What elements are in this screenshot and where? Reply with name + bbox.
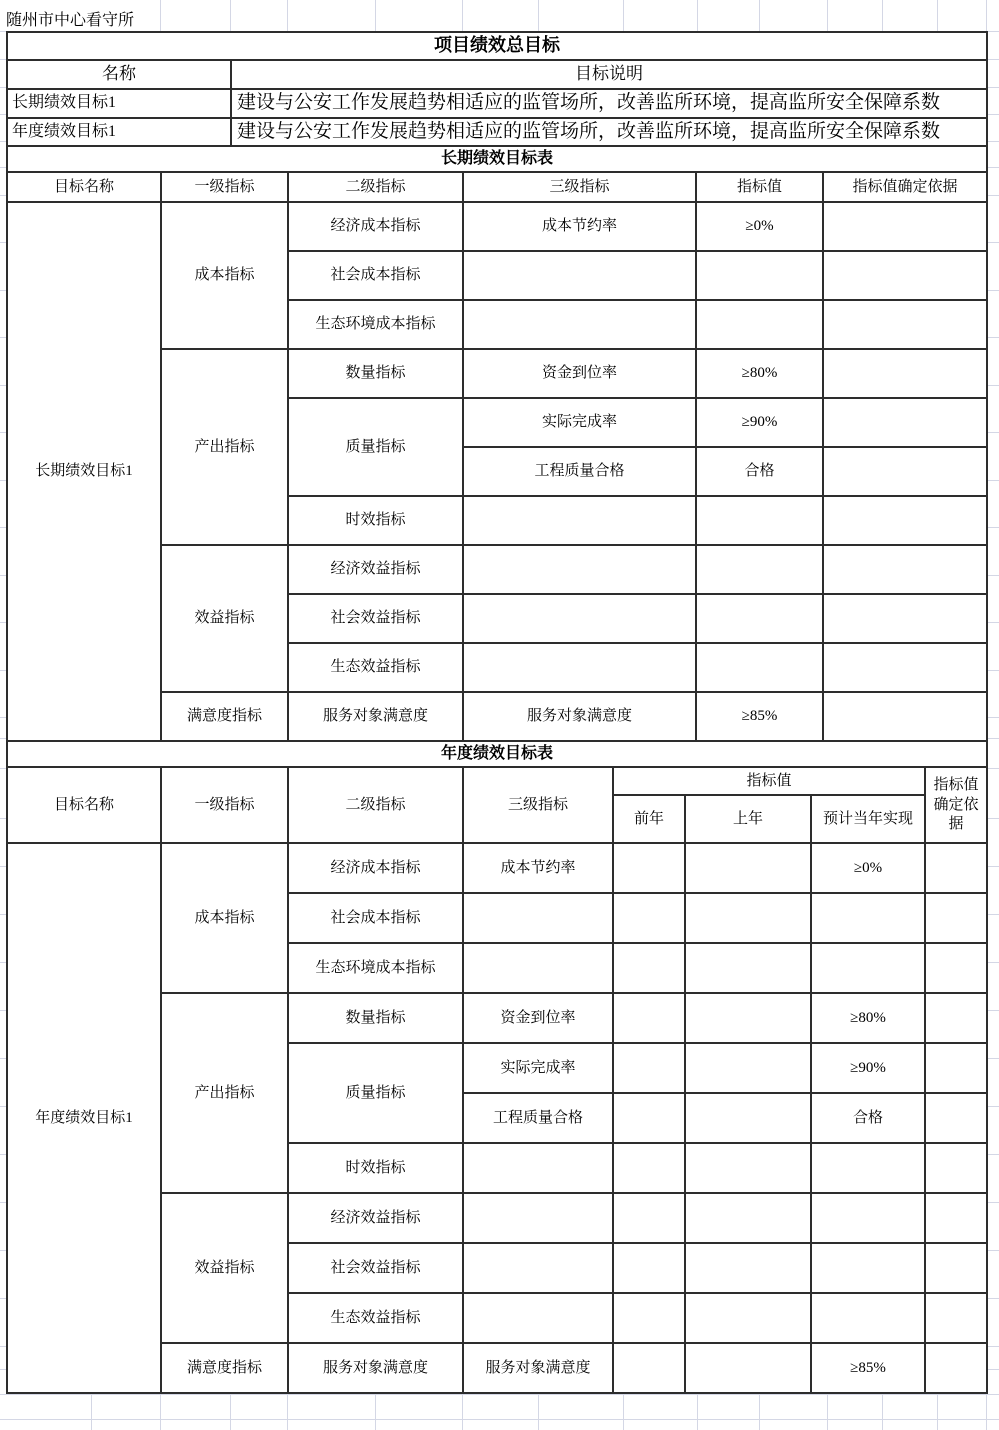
- basis-cell[interactable]: [823, 692, 987, 741]
- header-cell[interactable]: 指标值确定依据: [823, 172, 987, 202]
- overview-table: 项目绩效总目标 名称 目标说明 长期绩效目标1 建设与公安工作发展趋势相适应的监…: [6, 31, 988, 147]
- prev1-cell[interactable]: [685, 1193, 811, 1243]
- basis-cell[interactable]: [823, 545, 987, 594]
- header-cell[interactable]: 二级指标: [288, 767, 463, 843]
- level2-cell[interactable]: 时效指标: [288, 496, 463, 545]
- prev2-cell[interactable]: [613, 1143, 685, 1193]
- level3-cell[interactable]: [463, 300, 696, 349]
- level2-cell[interactable]: 生态效益指标: [288, 1293, 463, 1343]
- goal-name-cell[interactable]: 长期绩效目标1: [7, 89, 231, 118]
- basis-cell[interactable]: [823, 251, 987, 300]
- level3-cell[interactable]: [463, 1293, 613, 1343]
- name-header-cell[interactable]: 名称: [7, 60, 231, 89]
- header-cell[interactable]: 一级指标: [161, 172, 288, 202]
- level2-cell[interactable]: 生态环境成本指标: [288, 943, 463, 993]
- header-cell[interactable]: 目标名称: [7, 172, 161, 202]
- value-cell[interactable]: 合格: [696, 447, 823, 496]
- prev1-cell[interactable]: [685, 1143, 811, 1193]
- prev1-cell[interactable]: [685, 1093, 811, 1143]
- basis-cell[interactable]: [925, 1043, 987, 1093]
- level3-cell[interactable]: [463, 594, 696, 643]
- value-cell[interactable]: ≥80%: [696, 349, 823, 398]
- prev2-cell[interactable]: [613, 843, 685, 893]
- prev1-cell[interactable]: [685, 993, 811, 1043]
- level3-cell[interactable]: 实际完成率: [463, 1043, 613, 1093]
- header-cell[interactable]: 一级指标: [161, 767, 288, 843]
- level3-cell[interactable]: [463, 943, 613, 993]
- value-cell[interactable]: ≥85%: [696, 692, 823, 741]
- forecast-cell[interactable]: [811, 1243, 925, 1293]
- prev2-cell[interactable]: [613, 1093, 685, 1143]
- level1-cell[interactable]: 满意度指标: [161, 692, 288, 741]
- prev2-cell[interactable]: [613, 993, 685, 1043]
- basis-cell[interactable]: [925, 1293, 987, 1343]
- forecast-cell[interactable]: ≥85%: [811, 1343, 925, 1393]
- prev2-cell[interactable]: [613, 1043, 685, 1093]
- basis-cell[interactable]: [823, 594, 987, 643]
- prev1-cell[interactable]: [685, 1243, 811, 1293]
- basis-cell[interactable]: [925, 843, 987, 893]
- value-cell[interactable]: [696, 545, 823, 594]
- basis-cell[interactable]: [823, 349, 987, 398]
- prev1-cell[interactable]: [685, 843, 811, 893]
- level3-cell[interactable]: 成本节约率: [463, 843, 613, 893]
- prev1-cell[interactable]: [685, 943, 811, 993]
- value-cell[interactable]: ≥90%: [696, 398, 823, 447]
- prev2-cell[interactable]: [613, 1343, 685, 1393]
- level3-cell[interactable]: 实际完成率: [463, 398, 696, 447]
- goal-name-cell[interactable]: 长期绩效目标1: [7, 202, 161, 741]
- annual-title-cell[interactable]: 年度绩效目标表: [7, 741, 987, 767]
- goal-name-cell[interactable]: 年度绩效目标1: [7, 118, 231, 147]
- value-group-header-cell[interactable]: 指标值: [613, 767, 925, 795]
- level2-cell[interactable]: 社会成本指标: [288, 251, 463, 300]
- level3-cell[interactable]: [463, 251, 696, 300]
- prev2-cell[interactable]: [613, 893, 685, 943]
- basis-cell[interactable]: [823, 447, 987, 496]
- overview-title-cell[interactable]: 项目绩效总目标: [7, 32, 987, 60]
- level2-cell[interactable]: 社会成本指标: [288, 893, 463, 943]
- basis-cell[interactable]: [925, 1193, 987, 1243]
- level3-cell[interactable]: [463, 1243, 613, 1293]
- forecast-cell[interactable]: [811, 1193, 925, 1243]
- level3-cell[interactable]: [463, 496, 696, 545]
- level1-cell[interactable]: 产出指标: [161, 349, 288, 545]
- value-cell[interactable]: ≥0%: [696, 202, 823, 251]
- level2-cell[interactable]: 生态环境成本指标: [288, 300, 463, 349]
- value-cell[interactable]: [696, 251, 823, 300]
- basis-cell[interactable]: [823, 496, 987, 545]
- forecast-cell[interactable]: ≥90%: [811, 1043, 925, 1093]
- header-cell[interactable]: 指标值: [696, 172, 823, 202]
- basis-cell[interactable]: [823, 300, 987, 349]
- level3-cell[interactable]: [463, 545, 696, 594]
- level2-cell[interactable]: 数量指标: [288, 993, 463, 1043]
- level2-cell[interactable]: 经济成本指标: [288, 843, 463, 893]
- header-cell[interactable]: 三级指标: [463, 172, 696, 202]
- longterm-table: 长期绩效目标表 目标名称 一级指标 二级指标 三级指标 指标值 指标值确定依据 …: [6, 145, 988, 742]
- desc-header-cell[interactable]: 目标说明: [231, 60, 987, 89]
- level2-cell[interactable]: 数量指标: [288, 349, 463, 398]
- report-tables: 项目绩效总目标 名称 目标说明 长期绩效目标1 建设与公安工作发展趋势相适应的监…: [6, 31, 986, 1394]
- forecast-cell[interactable]: ≥0%: [811, 843, 925, 893]
- header-cell[interactable]: 二级指标: [288, 172, 463, 202]
- value-cell[interactable]: [696, 594, 823, 643]
- level2-cell[interactable]: 生态效益指标: [288, 643, 463, 692]
- level3-cell[interactable]: 工程质量合格: [463, 1093, 613, 1143]
- longterm-title-cell[interactable]: 长期绩效目标表: [7, 146, 987, 172]
- subheader-cell[interactable]: 预计当年实现: [811, 795, 925, 843]
- sheet-cell-a1[interactable]: 随州市中心看守所: [5, 6, 136, 31]
- level3-cell[interactable]: 资金到位率: [463, 349, 696, 398]
- level2-cell[interactable]: 经济成本指标: [288, 202, 463, 251]
- level3-cell[interactable]: [463, 893, 613, 943]
- forecast-cell[interactable]: [811, 1143, 925, 1193]
- basis-cell[interactable]: [823, 202, 987, 251]
- subheader-cell[interactable]: 前年: [613, 795, 685, 843]
- level3-cell[interactable]: 成本节约率: [463, 202, 696, 251]
- forecast-cell[interactable]: ≥80%: [811, 993, 925, 1043]
- goal-desc-cell[interactable]: 建设与公安工作发展趋势相适应的监管场所，改善监所环境，提高监所安全保障系数: [231, 118, 987, 147]
- forecast-cell[interactable]: 合格: [811, 1093, 925, 1143]
- level2-cell[interactable]: 服务对象满意度: [288, 1343, 463, 1393]
- prev1-cell[interactable]: [685, 1293, 811, 1343]
- basis-cell[interactable]: [925, 1343, 987, 1393]
- goal-name-cell[interactable]: 年度绩效目标1: [7, 843, 161, 1393]
- level2-cell[interactable]: 质量指标: [288, 1043, 463, 1143]
- prev2-cell[interactable]: [613, 1243, 685, 1293]
- level2-cell[interactable]: 社会效益指标: [288, 594, 463, 643]
- level3-cell[interactable]: 服务对象满意度: [463, 692, 696, 741]
- basis-cell[interactable]: [925, 1243, 987, 1293]
- level1-cell[interactable]: 满意度指标: [161, 1343, 288, 1393]
- level2-cell[interactable]: 质量指标: [288, 398, 463, 496]
- basis-cell[interactable]: [925, 893, 987, 943]
- level2-cell[interactable]: 经济效益指标: [288, 1193, 463, 1243]
- level1-cell[interactable]: 成本指标: [161, 843, 288, 993]
- level1-cell[interactable]: 成本指标: [161, 202, 288, 349]
- level3-cell[interactable]: 工程质量合格: [463, 447, 696, 496]
- prev1-cell[interactable]: [685, 893, 811, 943]
- basis-cell[interactable]: [925, 943, 987, 993]
- level3-cell[interactable]: 资金到位率: [463, 993, 613, 1043]
- level2-cell[interactable]: 社会效益指标: [288, 1243, 463, 1293]
- prev2-cell[interactable]: [613, 943, 685, 993]
- prev2-cell[interactable]: [613, 1293, 685, 1343]
- level1-cell[interactable]: 效益指标: [161, 545, 288, 692]
- level2-cell[interactable]: 服务对象满意度: [288, 692, 463, 741]
- prev1-cell[interactable]: [685, 1343, 811, 1393]
- prev2-cell[interactable]: [613, 1193, 685, 1243]
- forecast-cell[interactable]: [811, 893, 925, 943]
- value-cell[interactable]: [696, 643, 823, 692]
- value-cell[interactable]: [696, 496, 823, 545]
- basis-cell[interactable]: [925, 993, 987, 1043]
- subheader-cell[interactable]: 上年: [685, 795, 811, 843]
- basis-cell[interactable]: [823, 643, 987, 692]
- level3-cell[interactable]: 服务对象满意度: [463, 1343, 613, 1393]
- level3-cell[interactable]: [463, 1143, 613, 1193]
- forecast-cell[interactable]: [811, 1293, 925, 1343]
- prev1-cell[interactable]: [685, 1043, 811, 1093]
- level2-cell[interactable]: 经济效益指标: [288, 545, 463, 594]
- value-cell[interactable]: [696, 300, 823, 349]
- basis-cell[interactable]: [925, 1143, 987, 1193]
- header-cell[interactable]: 目标名称: [7, 767, 161, 843]
- level2-cell[interactable]: 时效指标: [288, 1143, 463, 1193]
- level1-cell[interactable]: 效益指标: [161, 1193, 288, 1343]
- header-cell[interactable]: 三级指标: [463, 767, 613, 843]
- level3-cell[interactable]: [463, 1193, 613, 1243]
- basis-cell[interactable]: [823, 398, 987, 447]
- forecast-cell[interactable]: [811, 943, 925, 993]
- level1-cell[interactable]: 产出指标: [161, 993, 288, 1193]
- basis-cell[interactable]: [925, 1093, 987, 1143]
- level3-cell[interactable]: [463, 643, 696, 692]
- spreadsheet-canvas: 随州市中心看守所 项目绩效总目标 名称 目标说明 长期绩效目标1 建设与公安工作…: [0, 0, 999, 1430]
- basis-header-cell[interactable]: 指标值确定依据: [925, 767, 987, 843]
- annual-table: 年度绩效目标表 目标名称 一级指标 二级指标 三级指标 指标值 指标值确定依据 …: [6, 740, 988, 1394]
- goal-desc-cell[interactable]: 建设与公安工作发展趋势相适应的监管场所，改善监所环境，提高监所安全保障系数: [231, 89, 987, 118]
